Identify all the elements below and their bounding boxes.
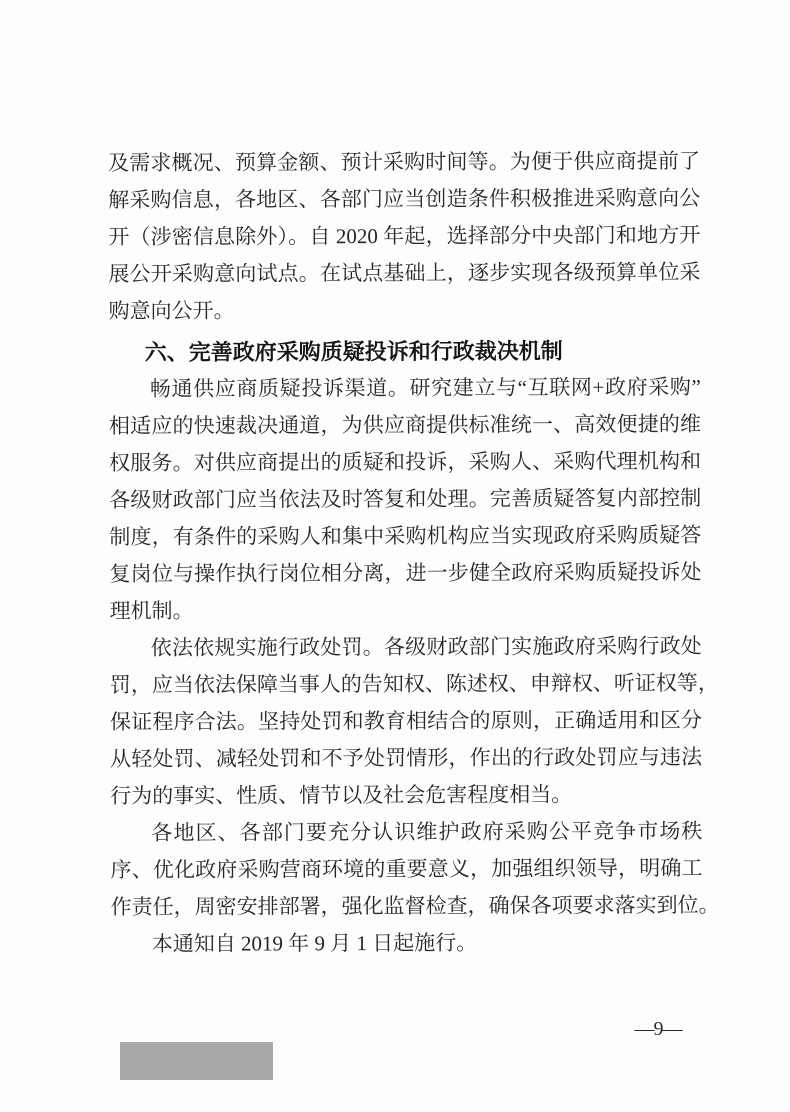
section-heading: 六、完善政府采购质疑投诉和行政裁决机制 bbox=[109, 332, 701, 371]
body-text-line: 序、优化政府采购营商环境的重要意义，加强组织领导，明确工 bbox=[110, 850, 702, 889]
scan-artifact-gray-bar bbox=[120, 1042, 273, 1080]
body-text-line: 开（涉密信息除外）。自 2020 年起，选择部分中央部门和地方开 bbox=[108, 217, 700, 256]
page-number: —9— bbox=[626, 1018, 690, 1041]
body-text-line: 解采购信息，各地区、各部门应当创造条件积极推进采购意向公 bbox=[108, 180, 700, 219]
body-text-line: 行为的事实、性质、情节以及社会危害程度相当。 bbox=[110, 776, 702, 815]
scanned-document-page: 及需求概况、预算金额、预计采购时间等。为便于供应商提前了解采购信息，各地区、各部… bbox=[0, 0, 790, 1112]
body-text-line: 理机制。 bbox=[110, 591, 702, 630]
body-text-line: 相适应的快速裁决通道，为供应商提供标准统一、高效便捷的维 bbox=[109, 406, 701, 445]
document-body: 及需求概况、预算金额、预计采购时间等。为便于供应商提前了解采购信息，各地区、各部… bbox=[108, 143, 703, 963]
body-text-line: 畅通供应商质疑投诉渠道。研究建立与“互联网+政府采购” bbox=[109, 369, 701, 408]
body-text-line: 保证程序合法。坚持处罚和教育相结合的原则，正确适用和区分 bbox=[110, 702, 702, 741]
body-text-line: 展公开采购意向试点。在试点基础上，逐步实现各级预算单位采 bbox=[108, 254, 700, 293]
body-text-line: 购意向公开。 bbox=[109, 291, 701, 330]
body-text-line: 作责任，周密安排部署，强化监督检查，确保各项要求落实到位。 bbox=[111, 887, 703, 926]
body-text-line: 从轻处罚、减轻处罚和不予处罚情形，作出的行政处罚应与违法 bbox=[110, 739, 702, 778]
body-text-line: 各地区、各部门要充分认识维护政府采购公平竞争市场秩 bbox=[110, 813, 702, 852]
body-text-line: 权服务。对供应商提出的质疑和投诉，采购人、采购代理机构和 bbox=[109, 443, 701, 482]
body-text-line: 本通知自 2019 年 9 月 1 日起施行。 bbox=[111, 924, 703, 963]
body-text-line: 各级财政部门应当依法及时答复和处理。完善质疑答复内部控制 bbox=[109, 480, 701, 519]
body-text-line: 罚，应当依法保障当事人的告知权、陈述权、申辩权、听证权等， bbox=[110, 665, 702, 704]
body-text-line: 及需求概况、预算金额、预计采购时间等。为便于供应商提前了 bbox=[108, 143, 700, 182]
body-text-line: 依法依规实施行政处罚。各级财政部门实施政府采购行政处 bbox=[110, 628, 702, 667]
body-text-line: 制度，有条件的采购人和集中采购机构应当实现政府采购质疑答 bbox=[109, 517, 701, 556]
body-text-line: 复岗位与操作执行岗位相分离，进一步健全政府采购质疑投诉处 bbox=[109, 554, 701, 593]
